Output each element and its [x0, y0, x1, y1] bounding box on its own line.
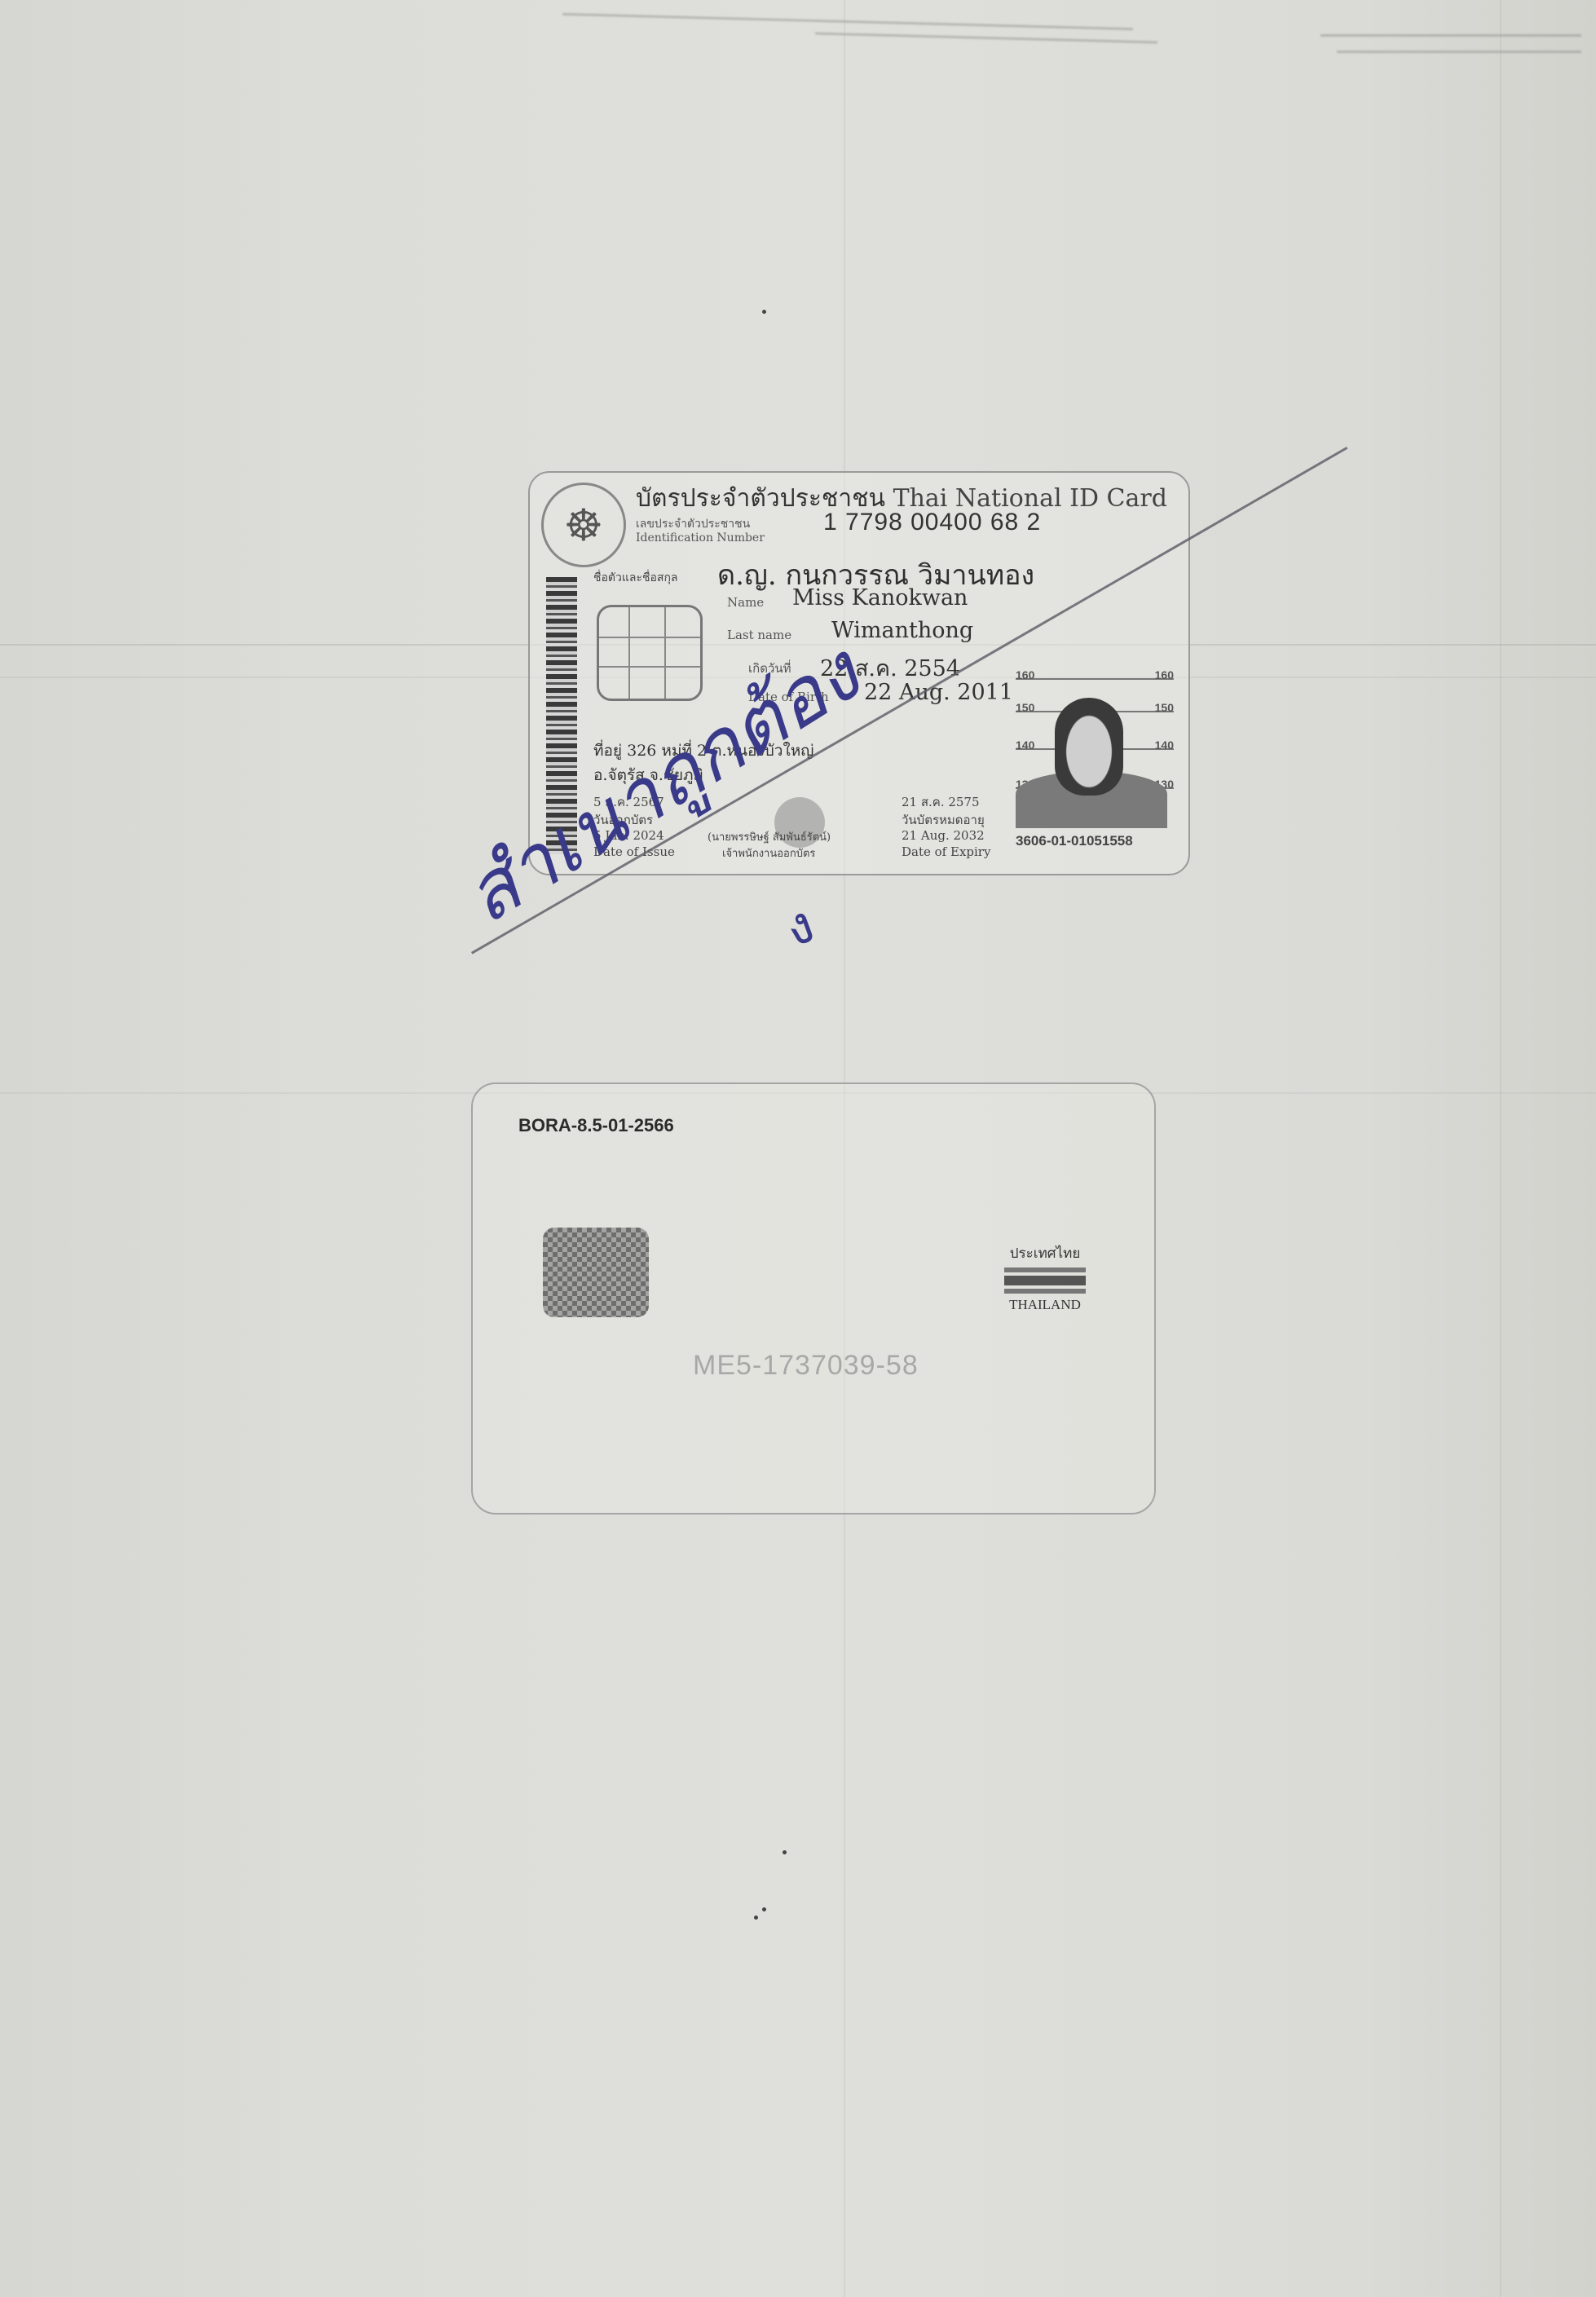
expiry-date-en: 21 Aug. 2032	[902, 828, 985, 843]
expiry-date-th: 21 ส.ค. 2575	[902, 792, 980, 812]
id-label-th: เลขประจำตัวประชาชน	[636, 515, 750, 533]
laser-number: ME5-1737039-58	[693, 1350, 919, 1382]
height-mark: 160	[1016, 668, 1034, 681]
page-crease	[1500, 0, 1501, 2297]
copier-streak	[815, 33, 1157, 44]
height-mark: 140	[1155, 738, 1174, 752]
copier-streak	[562, 13, 1133, 30]
copier-streak	[1320, 34, 1581, 37]
smart-chip-icon	[597, 605, 703, 701]
height-mark: 160	[1155, 668, 1174, 681]
flag-stripe	[1004, 1268, 1086, 1272]
security-pattern	[543, 1228, 649, 1317]
expiry-label-th: วันบัตรหมดอายุ	[902, 810, 985, 830]
flag-stripe	[1004, 1276, 1086, 1285]
name-label-th: ชื่อตัวและชื่อสกุล	[593, 569, 678, 587]
name-label-en: Name	[727, 595, 764, 610]
garuda-emblem-icon: ☸	[541, 483, 626, 567]
officer-label: เจ้าพนักงานออกบัตร	[722, 844, 815, 862]
holder-photo: 160 160 150 150 140 140 130 130 3606-01-…	[1016, 668, 1174, 849]
expiry-label-en: Date of Expiry	[902, 844, 990, 859]
thailand-flag-block: ประเทศไทย THAILAND	[1004, 1242, 1086, 1313]
height-mark: 150	[1016, 701, 1034, 714]
dust-speck	[762, 310, 766, 314]
country-en: THAILAND	[1004, 1297, 1086, 1313]
officer-name: (นายพรรษิษฐ์ สัมพันธ์รัตน์)	[708, 828, 831, 845]
id-number: 1 7798 00400 68 2	[823, 509, 1041, 536]
id-label-en: Identification Number	[636, 531, 765, 544]
name-en: Miss Kanokwan	[792, 585, 968, 611]
card-back-code: BORA-8.5-01-2566	[518, 1115, 674, 1136]
height-mark: 150	[1155, 701, 1174, 714]
copier-streak	[1337, 51, 1581, 53]
handwritten-mark: ง	[773, 883, 825, 970]
lastname-en: Wimanthong	[831, 618, 973, 643]
id-card-back: BORA-8.5-01-2566 ประเทศไทย THAILAND ME5-…	[471, 1082, 1156, 1514]
dust-speck	[762, 1907, 766, 1911]
country-th: ประเทศไทย	[1004, 1242, 1086, 1264]
dust-speck	[783, 1850, 787, 1854]
height-mark: 140	[1016, 738, 1034, 752]
dust-speck	[754, 1916, 758, 1920]
photo-serial: 3606-01-01051558	[1016, 833, 1133, 849]
flag-stripe	[1004, 1289, 1086, 1294]
portrait-face	[1055, 698, 1123, 796]
